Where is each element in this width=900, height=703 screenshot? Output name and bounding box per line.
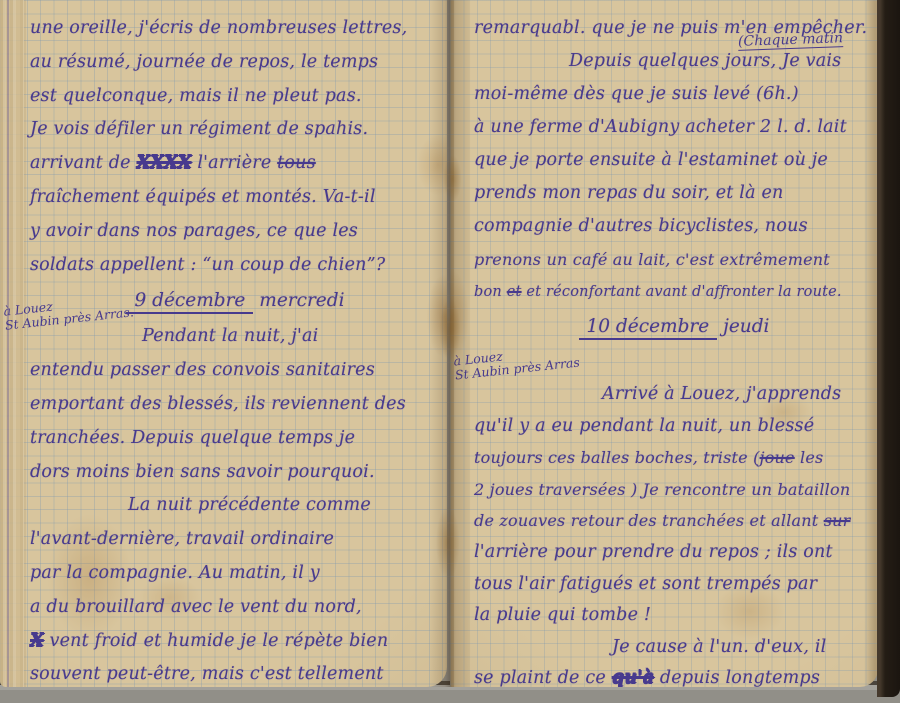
diary-line: l'arrière pour prendre du repos ; ils on… bbox=[474, 537, 874, 569]
diary-line: prends mon repas du soir, et là en bbox=[474, 177, 874, 210]
struck-word: joue bbox=[760, 448, 795, 467]
left-page-text: une oreille, j'écris de nombreuses lettr… bbox=[30, 12, 441, 687]
diary-line: l'avant-dernière, travail ordinaire bbox=[30, 523, 441, 557]
right-page: (Chaque matin à Louez St Aubin près Arra… bbox=[450, 0, 878, 687]
margin-note-gap bbox=[474, 345, 874, 379]
heading-underline: 10 décembre bbox=[579, 316, 718, 340]
diary-line: à une ferme d'Aubigny acheter 2 l. d. la… bbox=[474, 111, 874, 144]
diary-line: Pendant la nuit, j'ai bbox=[30, 320, 441, 354]
entry-dec9-continued: remarquabl. que je ne puis m'en empêcher… bbox=[474, 12, 874, 309]
diary-line: souvent peut-être, mais c'est tellement bbox=[30, 658, 441, 687]
diary-line: Depuis quelques jours, Je vais bbox=[474, 45, 874, 78]
entry-heading-dec9: 9 décembre mercredi bbox=[30, 282, 441, 320]
diary-line: bon et et réconfortant avant d'affronter… bbox=[474, 276, 874, 309]
diary-line: a du brouillard avec le vent du nord, bbox=[30, 591, 441, 625]
diary-line: moi-même dès que je suis levé (6h.) bbox=[474, 78, 874, 111]
page-edge-stack bbox=[0, 0, 24, 687]
diary-line: toujours ces balles boches, triste (joue… bbox=[474, 442, 874, 474]
diary-line: au résumé, journée de repos, le temps bbox=[30, 46, 441, 80]
diary-line: se plaint de ce qu'à depuis longtemps bbox=[474, 663, 874, 687]
diary-line: soldats appellent : “un coup de chien”? bbox=[30, 249, 441, 283]
entry-dec10-body: Arrivé à Louez, j'apprends qu'il y a eu … bbox=[474, 379, 874, 687]
diary-line: Je cause à l'un. d'eux, il bbox=[474, 632, 874, 664]
diary-line: X vent froid et humide je le répète bien bbox=[30, 625, 441, 659]
scribble-mark: X bbox=[30, 631, 44, 651]
diary-line: remarquabl. que je ne puis m'en empêcher… bbox=[474, 12, 874, 45]
diary-line: qu'il y a eu pendant la nuit, un blessé bbox=[474, 411, 874, 443]
diary-line: La nuit précédente comme bbox=[30, 489, 441, 523]
diary-line: emportant des blessés, ils reviennent de… bbox=[30, 388, 441, 422]
diary-line: entendu passer des convois sanitaires bbox=[30, 354, 441, 388]
diary-line: une oreille, j'écris de nombreuses lettr… bbox=[30, 12, 441, 46]
diary-line: prenons un café au lait, c'est extrêmeme… bbox=[474, 243, 874, 276]
scribbled-word: qu'à bbox=[612, 668, 654, 687]
diary-line: arrivant de XXXX l'arrière tous bbox=[30, 147, 441, 181]
diary-line: 2 joues traversées ) Je rencontre un bat… bbox=[474, 474, 874, 506]
scribbled-word: XXXX bbox=[136, 153, 191, 173]
left-page: à Louez St Aubin près Arras. une oreille… bbox=[0, 0, 447, 687]
heading-underline: 9 décembre bbox=[126, 290, 253, 314]
notebook-spread: à Louez St Aubin près Arras. une oreille… bbox=[0, 0, 900, 703]
diary-line: compagnie d'autres bicyclistes, nous bbox=[474, 210, 874, 243]
right-page-text: remarquabl. que je ne puis m'en empêcher… bbox=[474, 12, 874, 687]
diary-line: dors moins bien sans savoir pourquoi. bbox=[30, 456, 441, 490]
diary-line: fraîchement équipés et montés. Va-t-il bbox=[30, 181, 441, 215]
diary-line: Arrivé à Louez, j'apprends bbox=[474, 379, 874, 411]
entry-heading-dec10: 10 décembre jeudi bbox=[474, 309, 874, 345]
cover-edge bbox=[877, 0, 900, 697]
diary-line: que je porte ensuite à l'estaminet où je bbox=[474, 144, 874, 177]
diary-line: la pluie qui tombe ! bbox=[474, 600, 874, 632]
diary-line: par la compagnie. Au matin, il y bbox=[30, 557, 441, 591]
diary-line: y avoir dans nos parages, ce que les bbox=[30, 215, 441, 249]
struck-word: et bbox=[507, 284, 522, 300]
diary-line: est quelconque, mais il ne pleut pas. bbox=[30, 80, 441, 114]
struck-word: sur bbox=[824, 511, 851, 530]
diary-line: Je vois défiler un régiment de spahis. bbox=[30, 113, 441, 147]
diary-line: tranchées. Depuis quelque temps je bbox=[30, 422, 441, 456]
struck-word: tous bbox=[277, 153, 316, 173]
diary-line: tous l'air fatigués et sont trempés par bbox=[474, 569, 874, 601]
diary-line: de zouaves retour des tranchées et allan… bbox=[474, 505, 874, 537]
